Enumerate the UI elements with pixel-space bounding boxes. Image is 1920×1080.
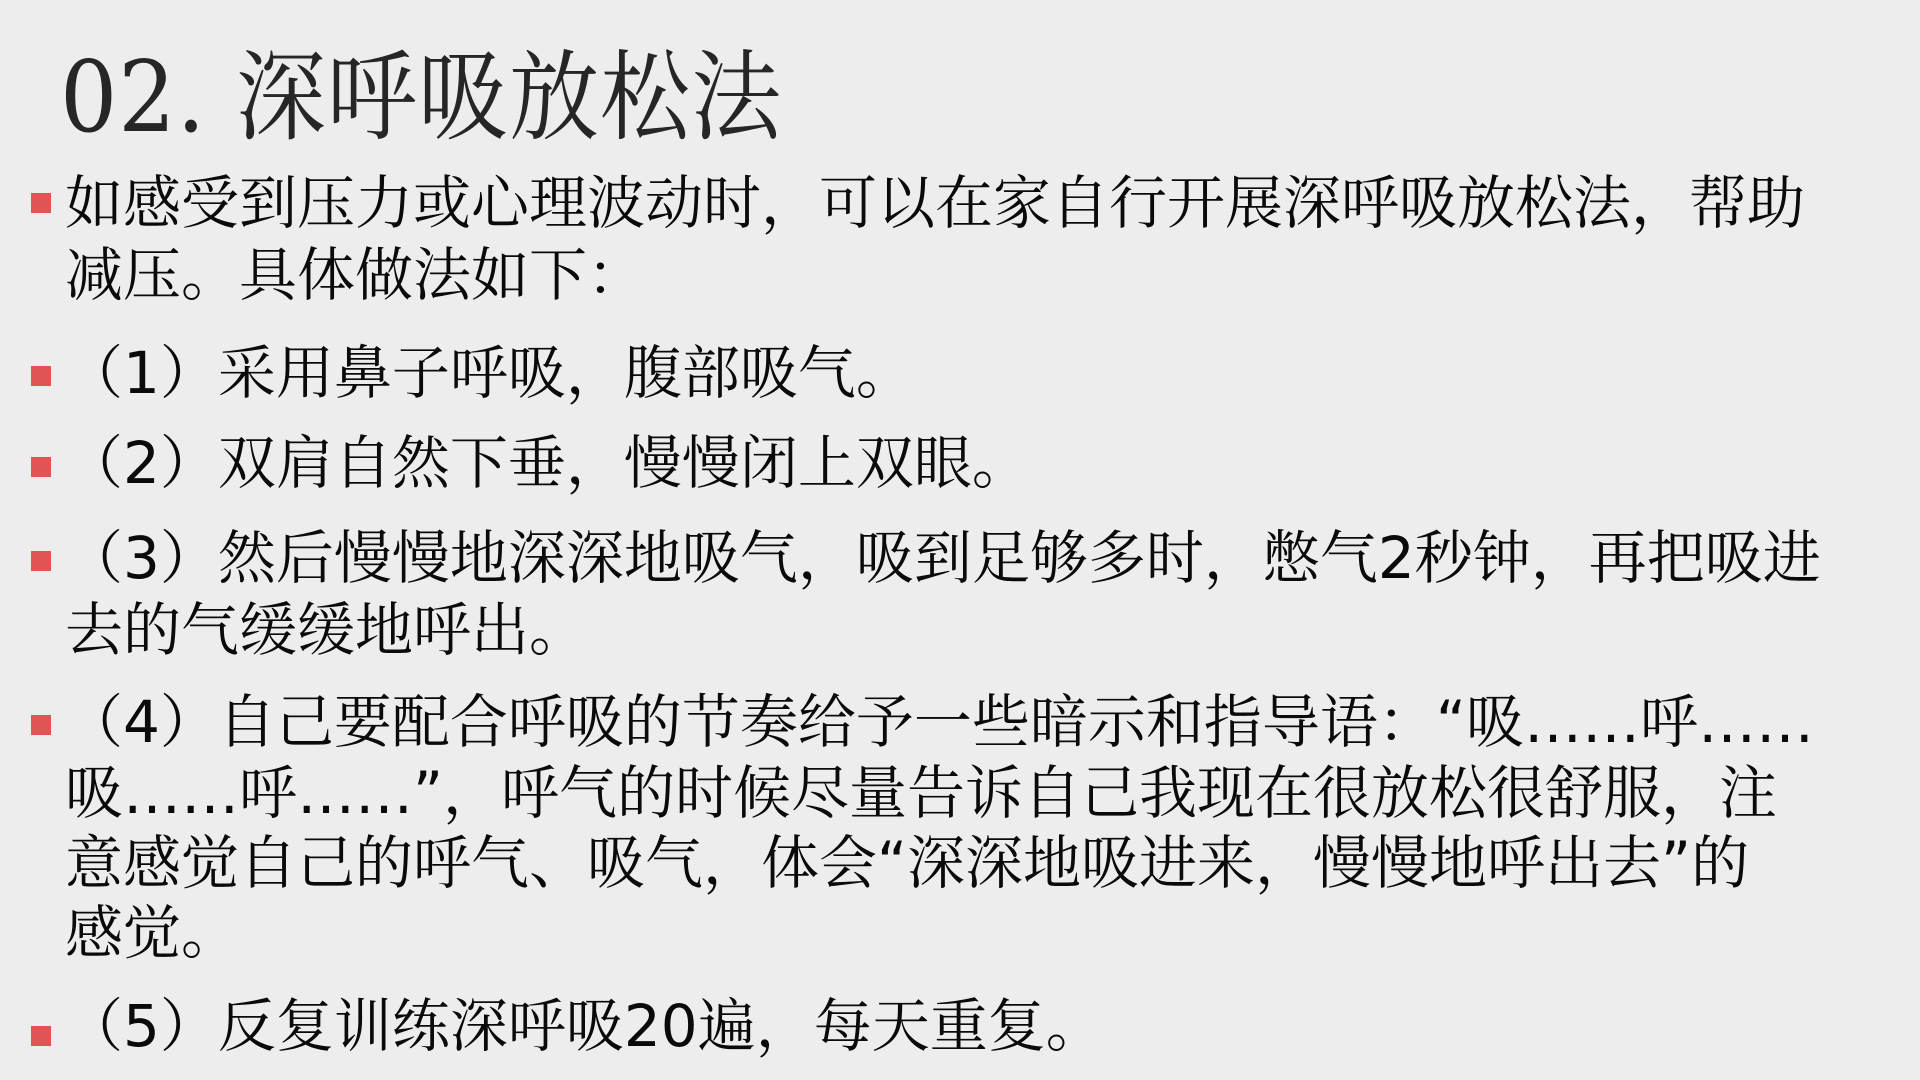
- bullet-text-line: （5）反复训练深呼吸20遍，每天重复。: [65, 990, 1104, 1062]
- slide-title: 02. 深呼吸放松法: [60, 40, 782, 156]
- bullet-text-line: 减压。具体做法如下：: [65, 239, 645, 311]
- square-bullet-icon: [31, 366, 51, 386]
- bullet-text-line: 如感受到压力或心理波动时，可以在家自行开展深呼吸放松法，帮助: [65, 167, 1805, 239]
- bullet-text-line: （4）自己要配合呼吸的节奏给予一些暗示和指导语：“吸……呼……: [65, 686, 1814, 758]
- square-bullet-icon: [31, 193, 51, 213]
- square-bullet-icon: [31, 551, 51, 571]
- bullet-text-line: 吸……呼……”，呼气的时候尽量告诉自己我现在很放松很舒服，注: [65, 757, 1777, 829]
- square-bullet-icon: [31, 457, 51, 477]
- bullet-text-line: （1）采用鼻子呼吸，腹部吸气。: [65, 337, 914, 409]
- square-bullet-icon: [31, 1026, 51, 1046]
- bullet-text-line: 去的气缓缓地呼出。: [65, 594, 587, 666]
- square-bullet-icon: [31, 715, 51, 735]
- bullet-text-line: 意感觉自己的呼气、吸气，体会“深深地吸进来，慢慢地呼出去”的: [65, 827, 1749, 899]
- bullet-text-line: 感觉。: [65, 897, 239, 969]
- bullet-text-line: （3）然后慢慢地深深地吸气，吸到足够多时，憋气2秒钟，再把吸进: [65, 522, 1821, 594]
- slide: 02. 深呼吸放松法 如感受到压力或心理波动时，可以在家自行开展深呼吸放松法，帮…: [0, 0, 1920, 1080]
- bullet-text-line: （2）双肩自然下垂，慢慢闭上双眼。: [65, 427, 1030, 499]
